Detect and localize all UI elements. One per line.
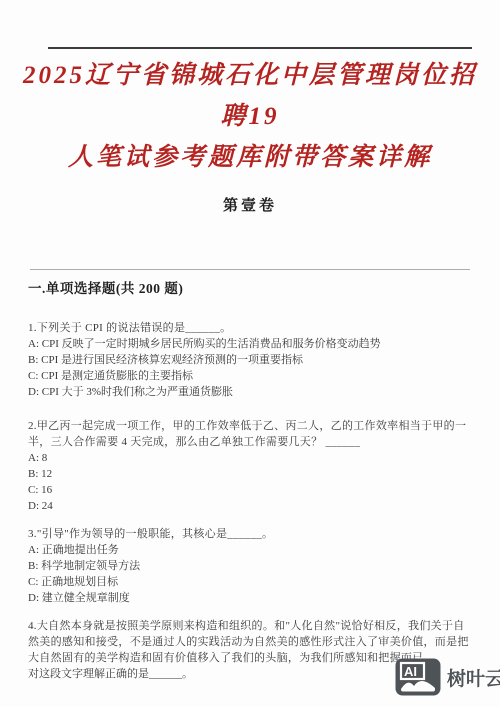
- watermark-logo: AI 树叶云: [395, 658, 500, 696]
- document-page: 2025辽宁省锦城石化中层管理岗位招聘19 人笔试参考题库附带答案详解 第壹卷 …: [0, 0, 500, 707]
- ai-image-icon: AI: [395, 658, 441, 696]
- question-number: 2.: [28, 420, 37, 432]
- volume-label: 第壹卷: [0, 194, 500, 215]
- question-number: 3.: [28, 528, 37, 540]
- top-divider: [48, 47, 472, 49]
- question-option: C: 16: [28, 482, 474, 498]
- question-option: B: 12: [28, 466, 474, 482]
- document-title: 2025辽宁省锦城石化中层管理岗位招聘19 人笔试参考题库附带答案详解: [10, 55, 490, 178]
- question-stem: 2.甲乙丙一起完成一项工作，甲的工作效率低于乙、丙二人，乙的工作效率相当于甲的一…: [28, 418, 474, 450]
- question-block-1: 1.下列关于 CPI 的说法错误的是______。 A: CPI 反映了一定时期…: [28, 320, 474, 400]
- question-stem: 3."引导"作为领导的一般职能，其核心是______。: [28, 526, 474, 542]
- question-option: C: CPI 是测定通货膨胀的主要指标: [28, 368, 474, 384]
- question-option: D: CPI 大于 3%时我们称之为严重通货膨胀: [28, 384, 474, 400]
- question-block-3: 3."引导"作为领导的一般职能，其核心是______。 A: 正确地提出任务 B…: [28, 526, 474, 606]
- question-option: B: CPI 是进行国民经济核算宏观经济预测的一项重要指标: [28, 352, 474, 368]
- question-option: C: 正确地规划目标: [28, 574, 474, 590]
- question-option: B: 科学地制定领导方法: [28, 558, 474, 574]
- question-number: 1.: [28, 322, 37, 334]
- section-divider: [30, 269, 470, 270]
- question-number: 4.: [28, 620, 37, 632]
- question-option: D: 24: [28, 498, 474, 514]
- question-option: D: 建立健全规章制度: [28, 590, 474, 606]
- question-block-2: 2.甲乙丙一起完成一项工作，甲的工作效率低于乙、丙二人，乙的工作效率相当于甲的一…: [28, 418, 474, 514]
- title-line-1: 2025辽宁省锦城石化中层管理岗位招聘19: [10, 55, 490, 137]
- question-list: 1.下列关于 CPI 的说法错误的是______。 A: CPI 反映了一定时期…: [28, 320, 474, 694]
- ai-icon-label: AI: [404, 664, 417, 679]
- title-line-2: 人笔试参考题库附带答案详解: [10, 137, 490, 178]
- question-stem: 1.下列关于 CPI 的说法错误的是______。: [28, 320, 474, 336]
- question-option: A: CPI 反映了一定时期城乡居民所购买的生活消费品和服务价格变动趋势: [28, 336, 474, 352]
- question-option: A: 8: [28, 450, 474, 466]
- section-heading: 一.单项选择题(共 200 题): [28, 277, 183, 297]
- brand-name: 树叶云: [447, 664, 500, 691]
- question-option: A: 正确地提出任务: [28, 542, 474, 558]
